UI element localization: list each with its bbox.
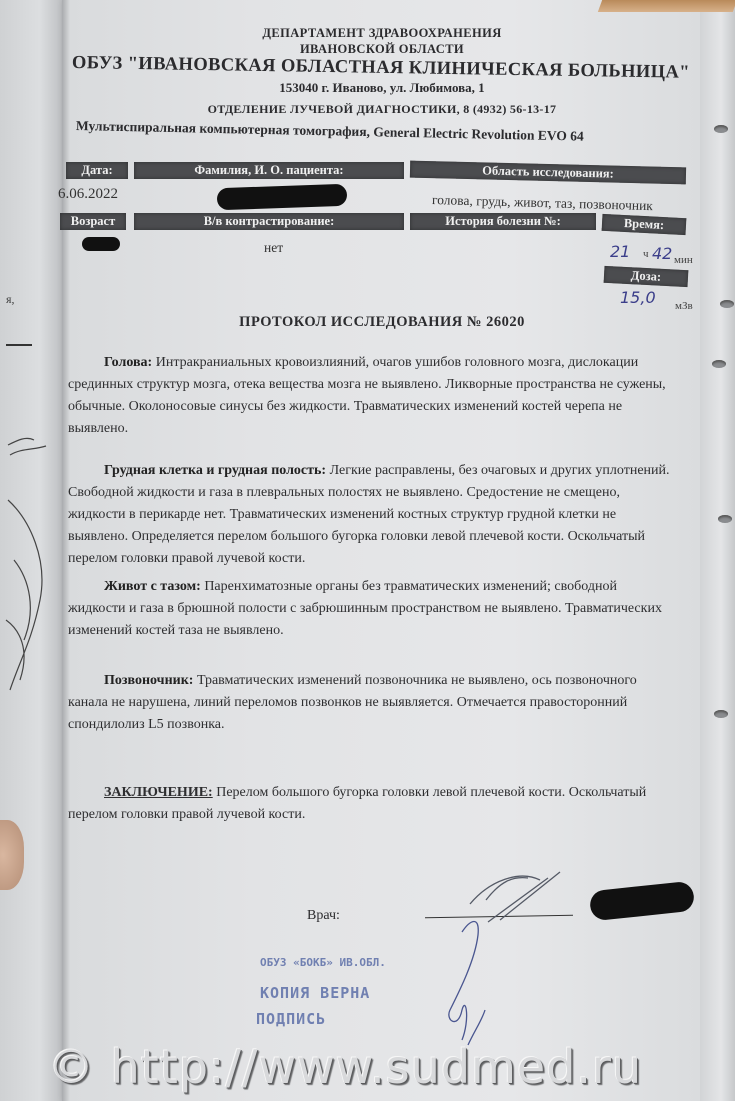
watermark: © http://www.sudmed.ru bbox=[48, 1040, 642, 1094]
signature-scribble bbox=[0, 0, 735, 1101]
